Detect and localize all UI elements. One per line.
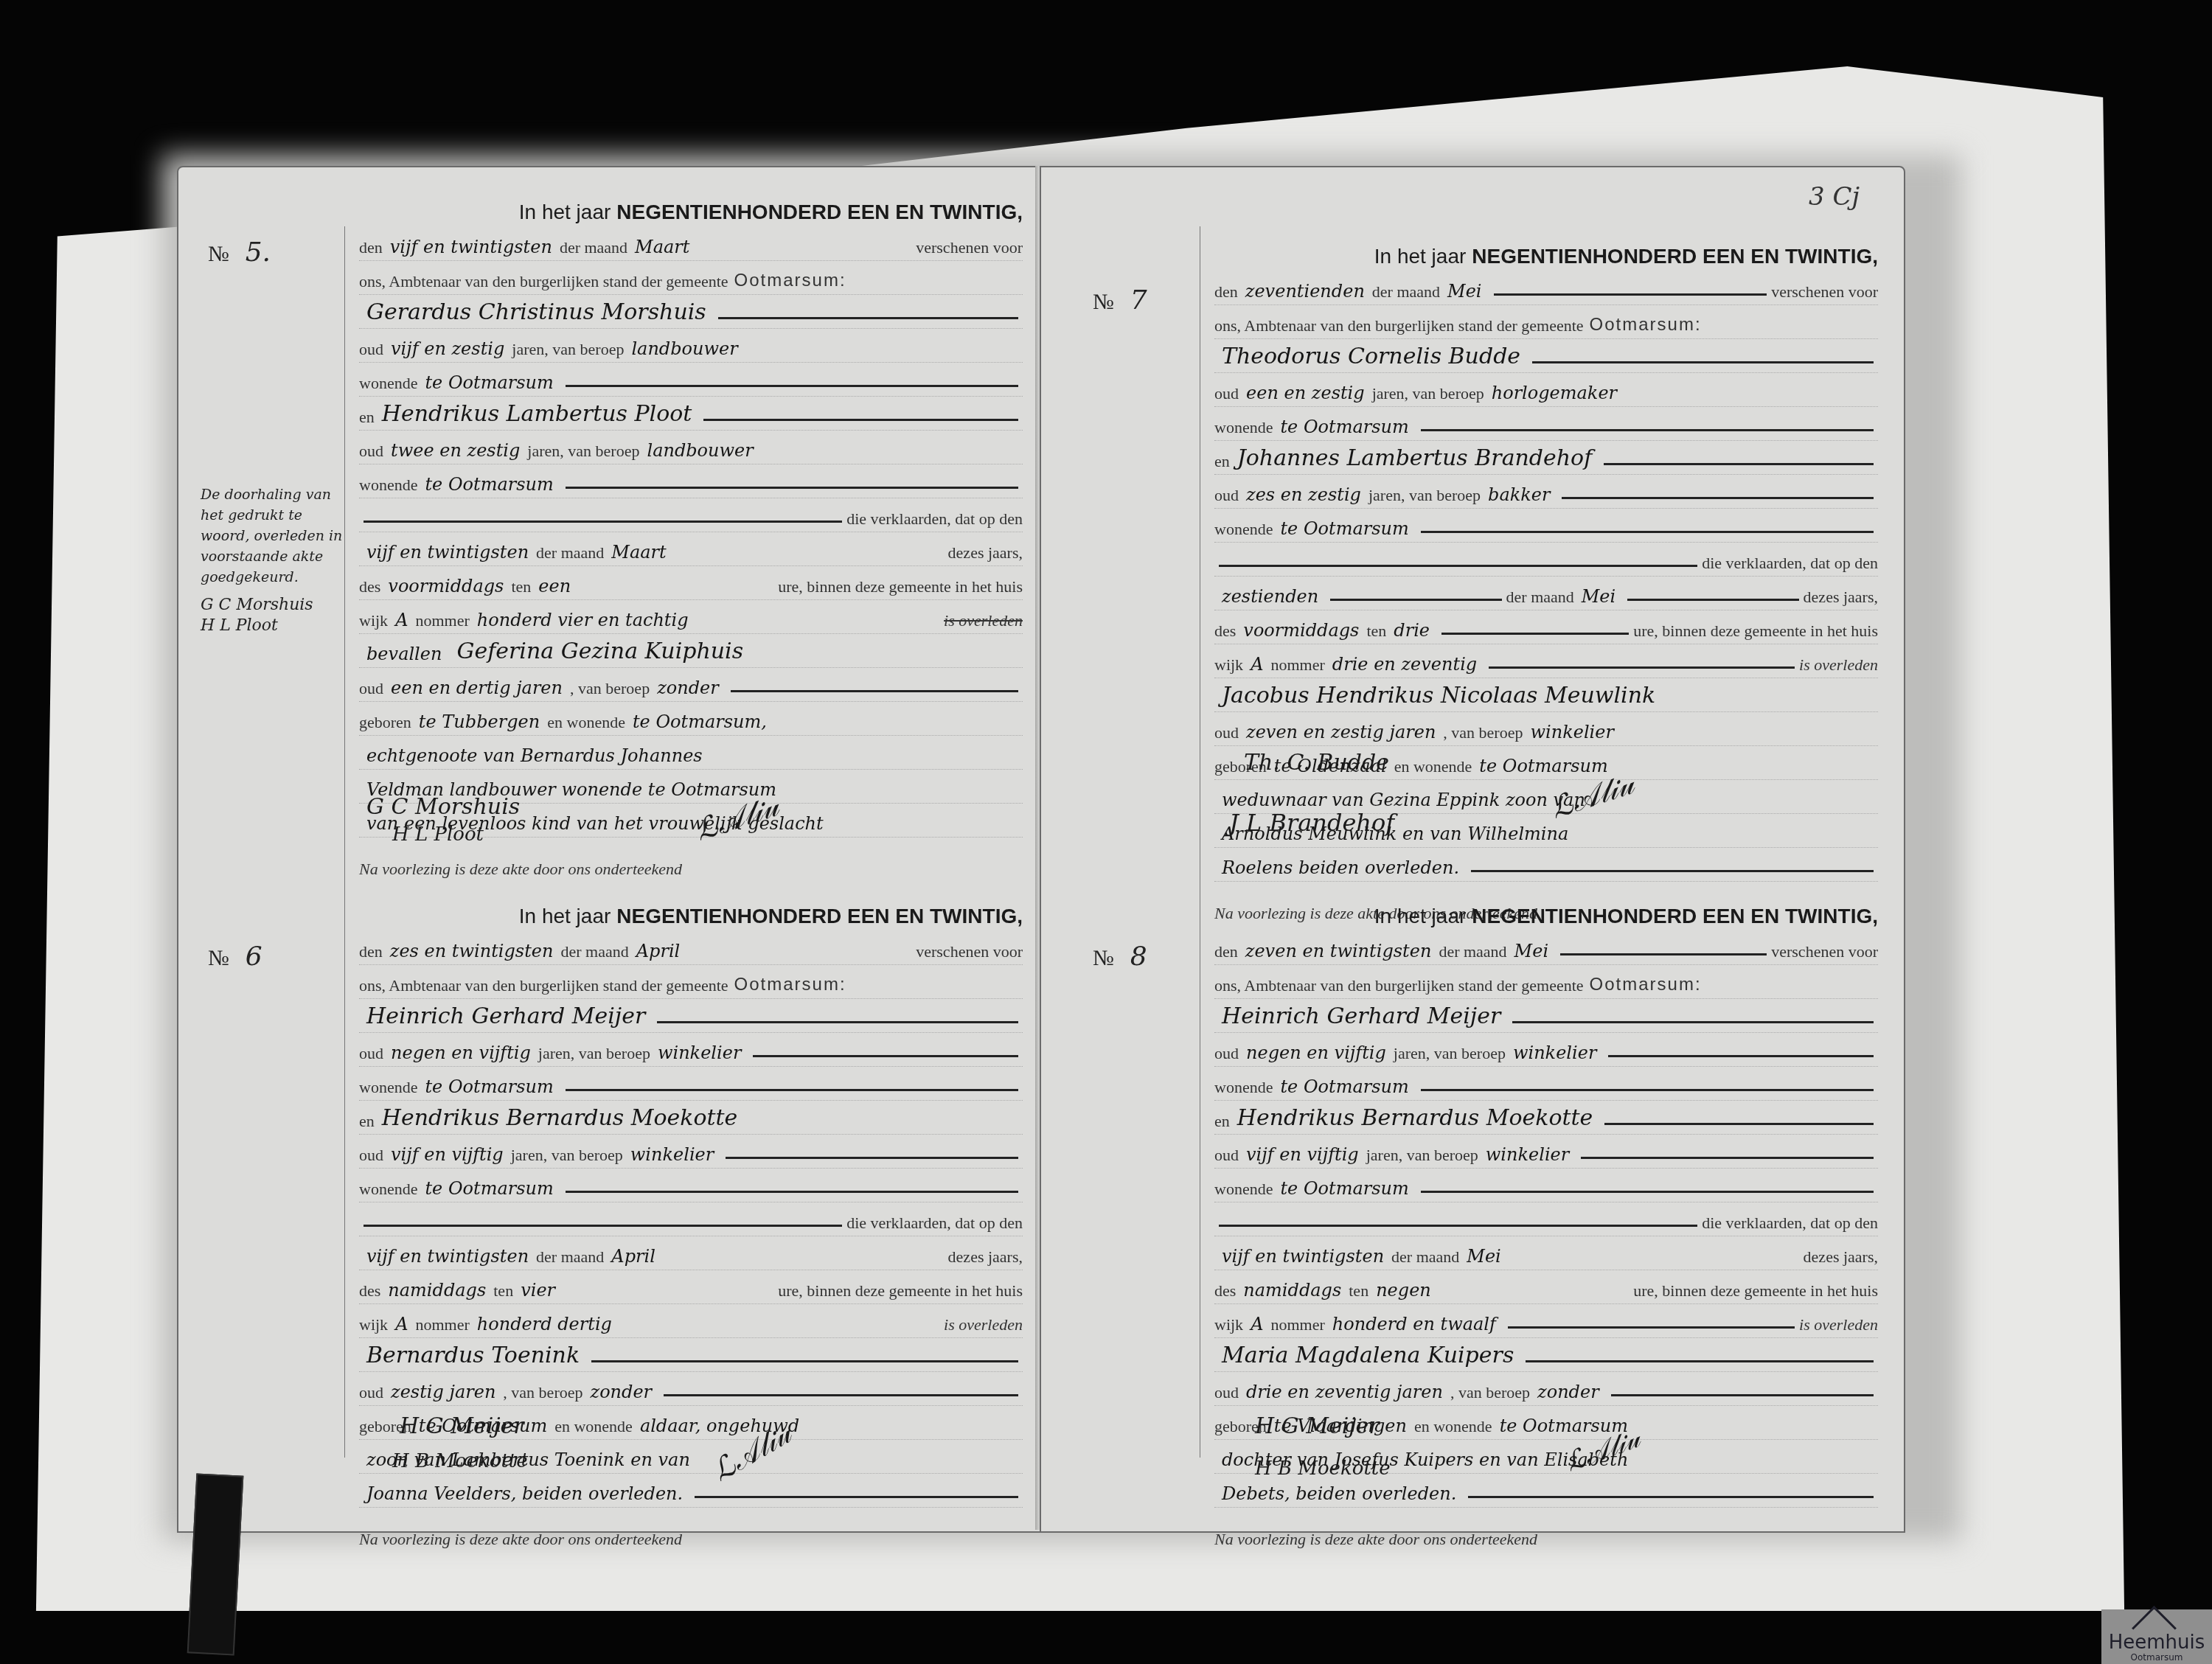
signature: G C Morshuis xyxy=(366,794,520,820)
signature: H L Ploot xyxy=(392,824,484,846)
act-number: №6 xyxy=(208,941,262,972)
act-8: In het jaarNEGENTIENHONDERD EEN EN TWINT… xyxy=(1214,897,1878,1549)
left-page: De doorhaling van het gedrukt te woord, … xyxy=(177,166,1043,1533)
right-page: 3 Cj №7 In het jaarNEGENTIENHONDERD EEN … xyxy=(1040,166,1905,1533)
act-heading: In het jaarNEGENTIENHONDERD EEN EN TWINT… xyxy=(359,193,1023,227)
deceased-name: Jacobus Hendrikus Nicolaas Meuwlink xyxy=(1222,683,1655,709)
margin-note: De doorhaling van het gedrukt te woord, … xyxy=(201,484,348,636)
deceased-name: Maria Magdalena Kuipers xyxy=(1222,1343,1514,1368)
act-5: In het jaarNEGENTIENHONDERD EEN EN TWINT… xyxy=(359,193,1023,879)
heemhuis-watermark-logo: Heemhuis Ootmarsum xyxy=(2101,1609,2212,1664)
signature: Th. C. Budde xyxy=(1244,750,1389,776)
witness-2-name: Hendrikus Lambertus Ploot xyxy=(382,401,692,427)
signature: H B Moekotte xyxy=(1255,1458,1391,1480)
witness-1-name: Gerardus Christinus Morshuis xyxy=(366,299,706,325)
act-number: №8 xyxy=(1093,941,1147,972)
margin-rule xyxy=(344,226,345,1458)
act-number: №7 xyxy=(1093,285,1147,316)
margin-rule xyxy=(1200,226,1200,1458)
book-clip xyxy=(187,1473,244,1655)
signature: J L Brandehof xyxy=(1229,809,1394,837)
signature: H G Meijer xyxy=(1255,1413,1380,1439)
folio-mark: 3 Cj xyxy=(1809,182,1860,212)
act-number: №5. xyxy=(208,237,271,268)
signature: H B Moekotte xyxy=(392,1450,528,1472)
signature: H G Meijer xyxy=(400,1413,524,1439)
deceased-name: Geferina Gezina Kuiphuis xyxy=(456,638,743,664)
deceased-name: Bernardus Toenink xyxy=(366,1343,580,1368)
